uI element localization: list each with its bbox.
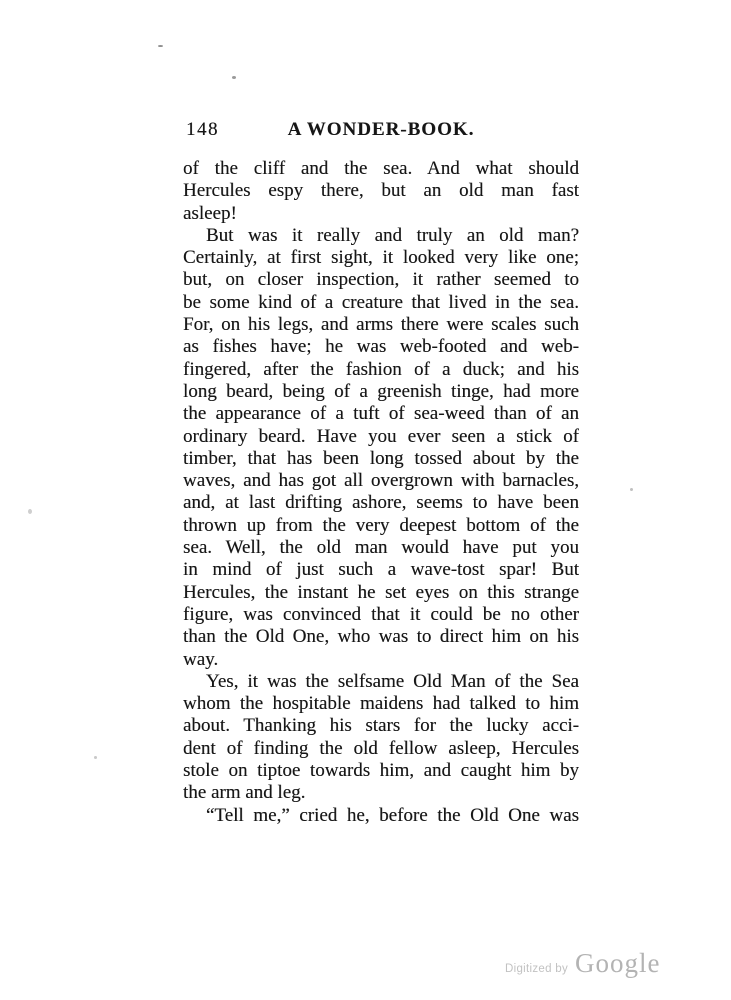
- text-line: long beard, being of a greenish tinge, h…: [183, 381, 579, 403]
- text-line: but, on closer inspection, it rather see…: [183, 269, 579, 291]
- text-line: and, at last drifting ashore, seems to h…: [183, 492, 579, 514]
- text-line: dent of finding the old fellow asleep, H…: [183, 738, 579, 760]
- scan-speck: [28, 509, 32, 514]
- text-line: Yes, it was the selfsame Old Man of the …: [183, 671, 579, 693]
- text-line: But was it really and truly an old man?: [183, 225, 579, 247]
- text-line: “Tell me,” cried he, before the Old One …: [183, 805, 579, 827]
- scanned-book-page: 148 A WONDER-BOOK. of the cliff and the …: [0, 0, 731, 1000]
- text-line: thrown up from the very deepest bottom o…: [183, 515, 579, 537]
- text-line: ordinary beard. Have you ever seen a sti…: [183, 426, 579, 448]
- text-line: fingered, after the fashion of a duck; a…: [183, 359, 579, 381]
- text-line: be some kind of a creature that lived in…: [183, 292, 579, 314]
- text-line: the appearance of a tuft of sea-weed tha…: [183, 403, 579, 425]
- scan-speck: [158, 45, 163, 47]
- text-line: For, on his legs, and arms there were sc…: [183, 314, 579, 336]
- text-line: whom the hospitable maidens had talked t…: [183, 693, 579, 715]
- text-line: the arm and leg.: [183, 782, 579, 804]
- text-line: as fishes have; he was web-footed and we…: [183, 336, 579, 358]
- text-line: Hercules, the instant he set eyes on thi…: [183, 582, 579, 604]
- text-line: stole on tiptoe towards him, and caught …: [183, 760, 579, 782]
- text-line: figure, was convinced that it could be n…: [183, 604, 579, 626]
- google-logo: Google: [575, 948, 660, 979]
- watermark-prefix-text: Digitized by: [505, 963, 568, 975]
- page-number: 148: [186, 119, 219, 141]
- digitization-watermark: Digitized by Google: [505, 948, 661, 979]
- running-header: 148 A WONDER-BOOK.: [183, 119, 579, 143]
- text-line: of the cliff and the sea. And what shoul…: [183, 158, 579, 180]
- text-line: than the Old One, who was to direct him …: [183, 626, 579, 648]
- scan-speck: [232, 76, 236, 79]
- text-line: in mind of just such a wave-tost spar! B…: [183, 559, 579, 581]
- text-line: waves, and has got all overgrown with ba…: [183, 470, 579, 492]
- body-text: of the cliff and the sea. And what shoul…: [183, 158, 579, 827]
- text-line: about. Thanking his stars for the lucky …: [183, 715, 579, 737]
- text-line: Certainly, at first sight, it looked ver…: [183, 247, 579, 269]
- text-line: sea. Well, the old man would have put yo…: [183, 537, 579, 559]
- scan-speck: [94, 756, 97, 759]
- text-line: way.: [183, 649, 579, 671]
- scan-speck: [630, 488, 633, 491]
- running-title: A WONDER-BOOK.: [183, 119, 579, 141]
- text-line: Hercules espy there, but an old man fast: [183, 180, 579, 202]
- text-line: asleep!: [183, 203, 579, 225]
- text-line: timber, that has been long tossed about …: [183, 448, 579, 470]
